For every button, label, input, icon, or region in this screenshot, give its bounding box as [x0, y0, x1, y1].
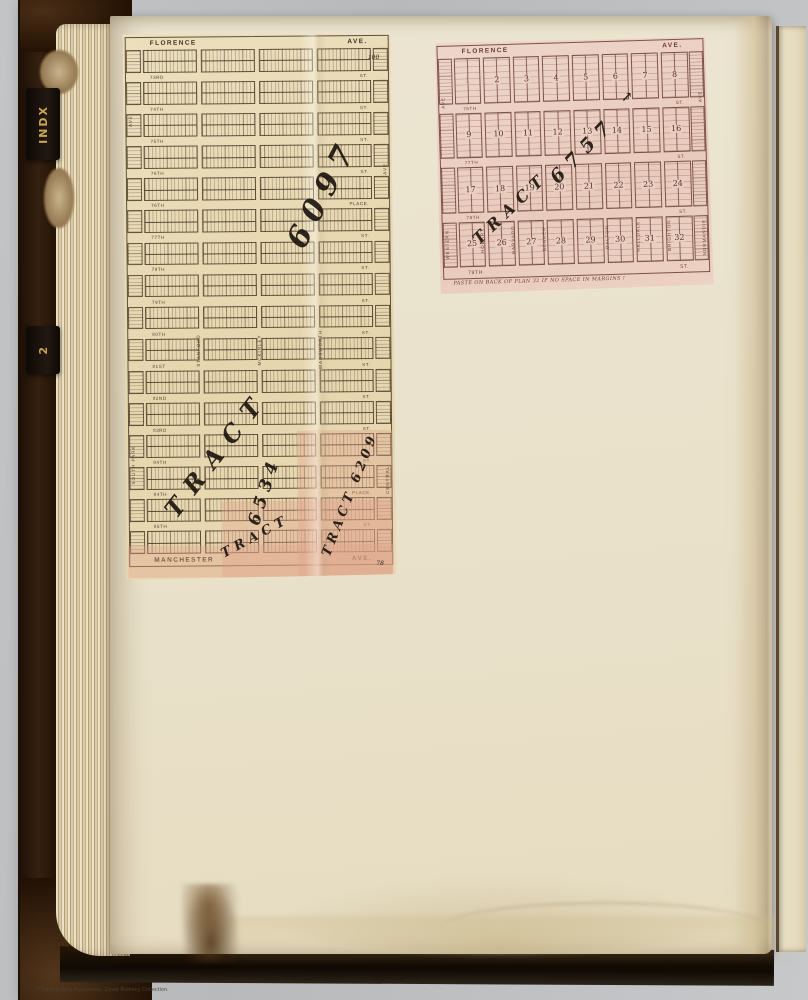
block-number: 7: [641, 71, 648, 79]
street-suffix-label: ST.: [360, 73, 368, 78]
street-suffix-label: AVE.: [352, 555, 372, 562]
next-page-edge: [776, 26, 806, 952]
city-block: [317, 80, 371, 103]
city-block: [262, 434, 316, 457]
city-block: [143, 114, 197, 137]
block-number: 5: [582, 73, 589, 81]
city-block: [319, 337, 373, 360]
city-block: [143, 82, 197, 105]
right-edge-avenue-label: AVE.: [697, 89, 702, 103]
street-name-label: 78TH: [152, 267, 165, 272]
block-row: [128, 304, 390, 331]
city-block: [202, 209, 256, 232]
city-block: [201, 49, 255, 72]
street-suffix-label: PLACE.: [349, 201, 369, 206]
street-name-label: 78TH: [466, 214, 480, 219]
left-edge-avenue-label: SOUTH PARK: [131, 446, 136, 485]
margin-reference-note: 78: [376, 560, 384, 567]
city-block: [319, 273, 373, 296]
block-number: 31: [644, 235, 656, 243]
edge-lot-strip: [377, 497, 392, 520]
street-name-label: 79TH: [152, 299, 165, 304]
street-suffix-label: ST.: [679, 208, 687, 213]
edge-lot-strip: [439, 113, 454, 159]
vertical-street-label: HARVARD: [510, 226, 516, 255]
street-name-label: 77TH: [465, 160, 479, 165]
city-block: [202, 177, 256, 200]
block-number: 22: [612, 181, 624, 189]
edge-lot-strip: [126, 82, 141, 105]
city-block: [319, 305, 373, 328]
city-block-21: 21: [575, 163, 603, 209]
vertical-street-label: MCKINLEY: [257, 334, 262, 365]
city-block: [146, 370, 200, 393]
city-block: [317, 48, 371, 71]
edge-lot-strip: [128, 339, 143, 362]
margin-reference-note: 100: [368, 54, 380, 61]
edge-lot-strip: [441, 168, 456, 214]
street-name-label: 85TH: [154, 524, 167, 529]
city-block: [146, 403, 200, 426]
edge-lot-strip: [376, 401, 391, 424]
city-block-3: 3: [513, 56, 541, 102]
index-tab-label: INDX: [37, 105, 50, 144]
street-suffix-label: ST.: [362, 298, 370, 303]
right-map-clipping: FLORENCEAVE.1234567876THST.9101112131415…: [433, 35, 713, 295]
city-block-9: 9: [455, 112, 483, 158]
city-block-1: 1: [453, 58, 481, 104]
city-block: [201, 113, 255, 136]
water-stain: [260, 874, 740, 954]
street-name-label: 76TH: [151, 203, 164, 208]
city-block: [260, 145, 314, 168]
city-block-7: 7: [631, 52, 659, 98]
block-row: [126, 79, 388, 106]
block-number: 9: [465, 131, 472, 139]
city-block: [144, 210, 198, 233]
city-block: [320, 401, 374, 424]
city-block: [320, 369, 374, 392]
vertical-street-label: DALTON: [604, 225, 610, 249]
city-block: [259, 81, 313, 104]
block-number: 32: [673, 234, 685, 242]
edge-lot-strip: [127, 178, 142, 201]
street-name-label: 74TH: [150, 107, 163, 112]
street-suffix-label: ST.: [362, 362, 370, 367]
city-block: [203, 306, 257, 329]
city-block-15: 15: [633, 107, 661, 153]
edge-lot-strip: [692, 160, 707, 206]
street-suffix-label: ST.: [361, 233, 369, 238]
street-name-label: 83RD: [153, 428, 167, 433]
street-suffix-label: ST.: [677, 154, 685, 159]
street-suffix-label: ST.: [360, 105, 368, 110]
block-row: [127, 207, 389, 234]
edge-lot-strip: [127, 146, 142, 169]
city-block: [143, 50, 197, 73]
album-page: FLORENCEAVE.73RDST.74THST.75THST.76THST.…: [110, 16, 772, 954]
city-block: [146, 435, 200, 458]
city-block: [262, 369, 316, 392]
edge-lot-strip: [126, 50, 141, 73]
city-block: [201, 81, 255, 104]
street-suffix-label: ST.: [676, 99, 684, 104]
block-row: [126, 47, 388, 74]
edge-lot-strip: [690, 106, 705, 152]
edge-lot-strip: [130, 531, 145, 554]
city-block-24: 24: [664, 161, 692, 207]
block-row: [129, 432, 391, 459]
street-suffix-label: ST.: [361, 265, 369, 270]
street-suffix-label: ST.: [364, 522, 372, 527]
street-name-label: 81ST: [152, 364, 165, 369]
vertical-street-label: STANFORD: [195, 334, 200, 366]
street-row-manchester: MANCHESTERAVE.: [130, 553, 392, 566]
street-suffix-label: ST.: [360, 137, 368, 142]
collection-watermark: © Cartography Associates. David Rumsey C…: [36, 987, 169, 993]
edge-lot-strip: [129, 403, 144, 426]
city-block: [261, 305, 315, 328]
city-block-10: 10: [485, 111, 513, 157]
block-number: 15: [640, 126, 652, 134]
city-block-30: 30: [606, 217, 634, 263]
edge-lot-strip: [128, 275, 143, 298]
edge-lot-strip: [127, 243, 142, 266]
block-row: [126, 111, 388, 138]
street-suffix-label: ST.: [680, 264, 689, 270]
city-block: [144, 242, 198, 265]
block-number: 1: [464, 77, 471, 85]
city-block-22: 22: [605, 162, 633, 208]
street-name-label: 73RD: [150, 75, 164, 80]
right-edge-avenue-label: AVE: [382, 163, 387, 175]
block-number: 29: [584, 237, 596, 245]
street-suffix-label: ST.: [362, 330, 370, 335]
edge-lot-strip: [129, 371, 144, 394]
block-row: [128, 272, 390, 299]
block-number: 30: [614, 236, 626, 244]
section-2-tab-label: 2: [37, 345, 50, 355]
street-name-label: FLORENCE: [461, 47, 508, 55]
block-number: 21: [583, 182, 595, 190]
city-block: [144, 178, 198, 201]
block-number: 23: [642, 180, 654, 188]
block-number: 3: [523, 75, 530, 83]
city-block-5: 5: [572, 54, 600, 100]
city-block: [145, 338, 199, 361]
street-name-label: FLORENCE: [150, 40, 197, 47]
left-map-clipping: FLORENCEAVE.73RDST.74THST.75THST.76THST.…: [122, 32, 397, 580]
city-block: [144, 146, 198, 169]
street-name-label: 77TH: [151, 235, 164, 240]
edge-lot-strip: [375, 337, 390, 360]
street-suffix-label: ST.: [360, 169, 368, 174]
vertical-street-label: BRIGHTON: [666, 219, 672, 251]
block-number: 18: [494, 185, 506, 193]
left-edge-avenue-label: AVE: [128, 116, 133, 128]
city-block: [145, 306, 199, 329]
city-block-8: 8: [661, 52, 689, 98]
block-number: 11: [522, 129, 534, 137]
block-number: 6: [612, 72, 619, 80]
scanned-atlas-photo: INDX 2 FLORENCEAVE.73RDST.74THST.75THST.…: [0, 0, 808, 1000]
street-suffix-label: AVE.: [347, 38, 367, 45]
city-block-2: 2: [483, 57, 511, 103]
street-name-label: 75TH: [151, 139, 164, 144]
street-name-label: MANCHESTER: [154, 556, 214, 564]
left-edge-avenue-label: AVE: [441, 97, 446, 109]
block-number: 4: [552, 74, 559, 82]
torn-paper-remnant: [44, 168, 74, 228]
block-number: 24: [672, 179, 684, 187]
block-number: 12: [552, 129, 564, 137]
section-2-thumb-tab: 2: [26, 326, 60, 374]
city-block-11: 11: [514, 110, 542, 156]
block-number: 27: [525, 238, 537, 246]
edge-lot-strip: [377, 529, 392, 552]
city-block: [202, 145, 256, 168]
block-number: 2: [493, 76, 500, 84]
block-number: 8: [671, 71, 678, 79]
city-block-28: 28: [547, 219, 575, 265]
street-name-label: 80TH: [152, 331, 165, 336]
edge-lot-strip: [374, 208, 389, 231]
edge-lot-strip: [374, 176, 389, 199]
street-name-label: 76TH: [151, 171, 164, 176]
block-row: [127, 239, 389, 266]
street-name-label: 84TH: [153, 460, 166, 465]
vertical-street-label: HALLDALE: [635, 221, 641, 252]
city-block-4: 4: [542, 55, 570, 101]
street-name-label: 76TH: [463, 105, 477, 110]
street-name-label: 82ND: [153, 396, 167, 401]
city-block: [147, 531, 201, 554]
edge-lot-strip: [375, 273, 390, 296]
street-suffix-label: AVE.: [662, 42, 682, 50]
edge-lot-strip: [130, 499, 145, 522]
city-block: [261, 337, 315, 360]
city-block-29: 29: [577, 218, 605, 264]
city-block-23: 23: [634, 161, 662, 207]
block-row: 12345678: [438, 50, 704, 105]
city-block: [202, 242, 256, 265]
street-name-label: 79TH: [468, 270, 483, 276]
edge-lot-strip: [376, 369, 391, 392]
block-number: 26: [496, 239, 508, 247]
block-number: 16: [670, 125, 682, 133]
index-thumb-tab: INDX: [26, 88, 60, 160]
city-block: [203, 338, 257, 361]
right-edge-avenue-label: CENTRAL: [385, 466, 390, 494]
block-number: 28: [555, 237, 567, 245]
edge-lot-strip: [127, 210, 142, 233]
ink-smudge: [182, 884, 240, 962]
street-suffix-label: ST.: [362, 394, 370, 399]
block-number: 10: [492, 130, 504, 138]
right-map-handwritten-annotation: ↗: [621, 89, 633, 105]
edge-lot-strip: [373, 80, 388, 103]
city-block: [318, 241, 372, 264]
water-stain-tide-line: [440, 902, 770, 956]
city-block-16: 16: [662, 106, 690, 152]
city-block: [145, 274, 199, 297]
vertical-street-label: WADSWORTH: [318, 329, 323, 368]
edge-lot-strip: [375, 305, 390, 328]
city-block: [261, 273, 315, 296]
edge-lot-strip: [373, 112, 388, 135]
edge-lot-strip: [128, 307, 143, 330]
city-block-17: 17: [457, 167, 485, 213]
right-edge-avenue-label: NORMANDIE: [701, 218, 707, 255]
city-block: [259, 113, 313, 136]
block-number: 17: [464, 186, 476, 194]
city-block: [203, 274, 257, 297]
edge-lot-strip: [374, 240, 389, 263]
city-block: [317, 112, 371, 135]
page-fold-edge: [734, 16, 770, 954]
city-block: [259, 49, 313, 72]
